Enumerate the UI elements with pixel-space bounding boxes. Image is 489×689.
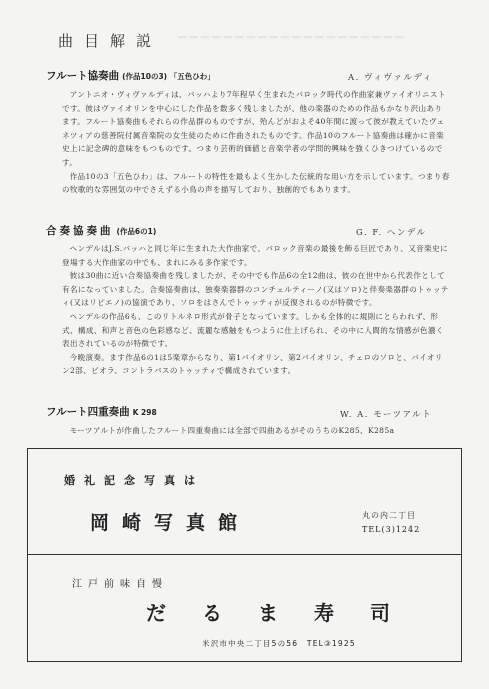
- composer-mozart: W. A. モーツアルト: [340, 408, 432, 420]
- description-handel: ヘンデルはJ.S.バッハと同じ年に生まれた大作曲家で、バロック音楽の最後を飾る巨…: [62, 242, 450, 378]
- paragraph: ヘンデルの作品6も、このリトルネロ形式が骨子となっています。しかも全体的に規則に…: [62, 310, 450, 351]
- description-mozart: モーツアルトが作曲したフルート四重奏曲には全部で四曲あるがそのうちのK285、K…: [62, 424, 472, 438]
- ad-divider: [27, 554, 462, 555]
- piece-title-handel: 合奏協奏曲(作品6の1): [46, 223, 156, 238]
- photo-studio-tagline: 婚礼記念写真は: [64, 472, 204, 488]
- bleed-through-text: ━━━━━━━━━━━━━━━━━━━━: [178, 30, 407, 46]
- paragraph: 彼は30曲に近い合奏協奏曲を残しましたが、その中でも作品6の全12曲は、彼の在世…: [62, 269, 450, 310]
- paragraph: アントニオ・ヴィヴァルディは、バッハより7年程早く生まれたバロック時代の作曲家兼…: [62, 88, 450, 170]
- piece-name: 合奏協奏曲: [46, 225, 114, 237]
- composer-vivaldi: A. ヴィヴァルディ: [348, 71, 433, 83]
- piece-title-mozart: フルート四重奏曲K 298: [46, 404, 157, 419]
- description-vivaldi: アントニオ・ヴィヴァルディは、バッハより7年程早く生まれたバロック時代の作曲家兼…: [62, 88, 450, 197]
- piece-name: フルート四重奏曲: [46, 406, 130, 418]
- sushi-tagline: 江戸前味自慢: [72, 575, 168, 590]
- photo-studio-tel: TEL(3)1242: [362, 525, 420, 534]
- photo-studio-address: 丸の内二丁目: [362, 510, 416, 521]
- sushi-shop-name: だるま寿司: [146, 597, 426, 626]
- piece-title-vivaldi: フルート協奏曲(作品10の3) 「五色ひわ」: [46, 68, 215, 83]
- piece-subtitle: (作品10の3) 「五色ひわ」: [122, 72, 215, 81]
- composer-handel: G. F. ヘンデル: [356, 226, 426, 238]
- paragraph: ヘンデルはJ.S.バッハと同じ年に生まれた大作曲家で、バロック音楽の最後を飾る巨…: [62, 242, 450, 269]
- paragraph: モーツアルトが作曲したフルート四重奏曲には全部で四曲あるがそのうちのK285、K…: [62, 424, 472, 438]
- page-title: 曲目解説: [58, 30, 162, 51]
- piece-subtitle: (作品6の1): [117, 227, 157, 236]
- sushi-address-tel: 米沢市中央二丁目5の56 TEL③1925: [202, 638, 356, 649]
- paragraph: 作品10の3「五色ひわ」は、フルートの特性を最もよく生かした伝統的な用い方を示し…: [62, 170, 450, 197]
- photo-studio-name: 岡崎写真館: [90, 508, 250, 535]
- piece-subtitle: K 298: [133, 408, 157, 417]
- piece-name: フルート協奏曲: [46, 70, 119, 82]
- paragraph: 今晩演奏。ます作品6の1は5楽章からなり、第1バイオリン、第2バイオリン、チェロ…: [62, 351, 450, 378]
